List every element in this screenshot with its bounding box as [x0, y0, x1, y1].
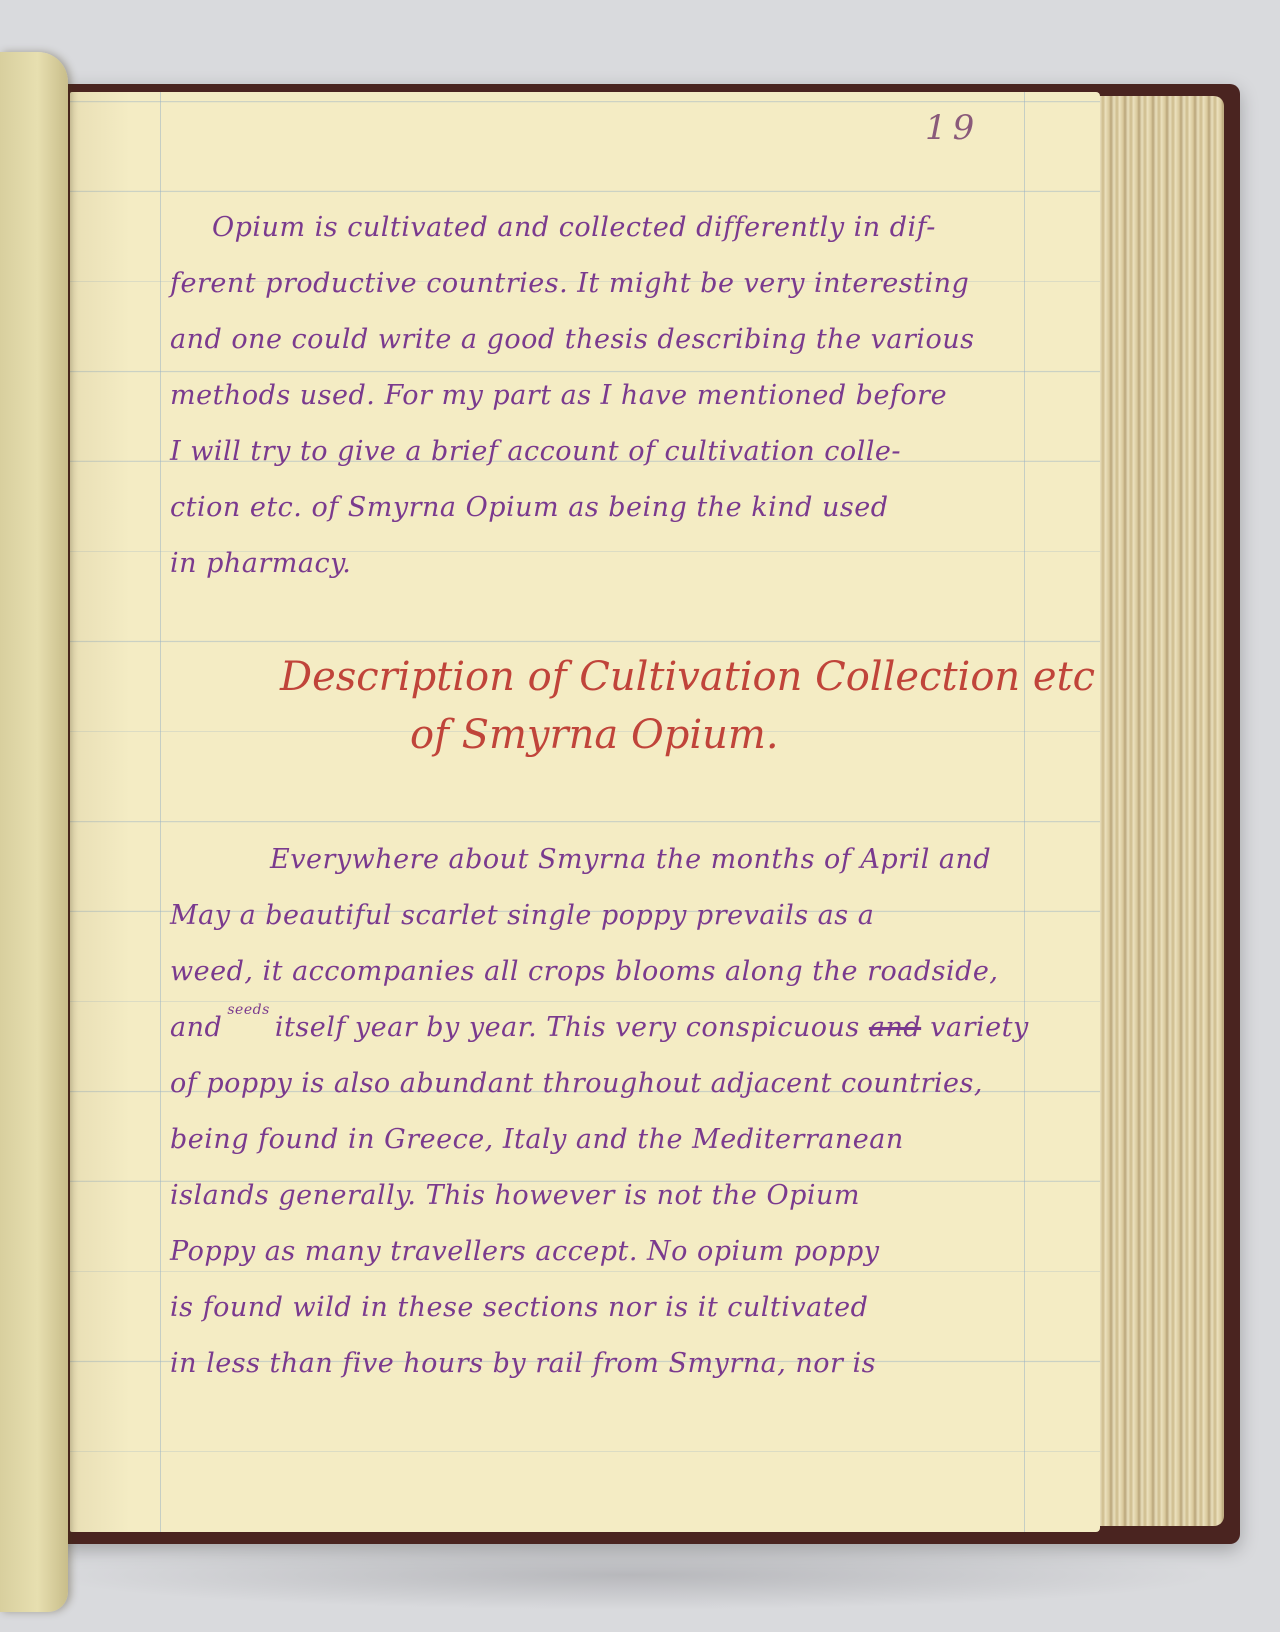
paragraph-2-line: weed, it accompanies all crops blooms al… — [170, 944, 1030, 1000]
paragraph-1-line: I will try to give a brief account of cu… — [170, 424, 1030, 480]
paragraph-1: Opium is cultivated and collected differ… — [170, 200, 1030, 592]
line-text: and — [170, 1012, 222, 1043]
paragraph-2-line: in less than five hours by rail from Smy… — [170, 1336, 1030, 1392]
book-shadow — [40, 1540, 1220, 1610]
paragraph-2: Everywhere about Smyrna the months of Ap… — [170, 832, 1030, 1392]
paragraph-2-line: Poppy as many travellers accept. No opiu… — [170, 1224, 1030, 1280]
paragraph-2-line: of poppy is also abundant throughout adj… — [170, 1056, 1030, 1112]
paragraph-2-line: is found wild in these sections nor is i… — [170, 1280, 1030, 1336]
paragraph-1-line: in pharmacy. — [170, 536, 1030, 592]
paragraph-2-line: islands generally. This however is not t… — [170, 1168, 1030, 1224]
paragraph-1-line: and one could write a good thesis descri… — [170, 312, 1030, 368]
struck-through-word: and — [869, 1012, 921, 1043]
line-text: variety — [930, 1012, 1028, 1043]
paragraph-1-line: ferent productive countries. It might be… — [170, 256, 1030, 312]
page-edges — [1092, 96, 1224, 1526]
paragraph-2-line: May a beautiful scarlet single poppy pre… — [170, 888, 1030, 944]
left-page-curl — [0, 52, 68, 1612]
paragraph-1-line: methods used. For my part as I have ment… — [170, 368, 1030, 424]
heading-line-1: Description of Cultivation Collection et… — [170, 648, 1030, 706]
heading-line-2: of Smyrna Opium. — [170, 706, 1030, 764]
page-number: 19 — [925, 108, 980, 148]
line-text: itself year by year. This very conspicuo… — [275, 1012, 860, 1043]
paragraph-1-line: Opium is cultivated and collected differ… — [170, 200, 1030, 256]
insertion-mark: seeds — [227, 1002, 269, 1018]
section-heading: Description of Cultivation Collection et… — [170, 648, 1030, 764]
paragraph-1-line-text: and one could write a good thesis descri… — [170, 324, 975, 355]
margin-rule-left — [160, 92, 161, 1532]
paragraph-2-line-with-insertion: and seeds itself year by year. This very… — [170, 1000, 1030, 1056]
paragraph-1-line: ction etc. of Smyrna Opium as being the … — [170, 480, 1030, 536]
paragraph-2-line: Everywhere about Smyrna the months of Ap… — [170, 832, 1030, 888]
paragraph-2-line: being found in Greece, Italy and the Med… — [170, 1112, 1030, 1168]
